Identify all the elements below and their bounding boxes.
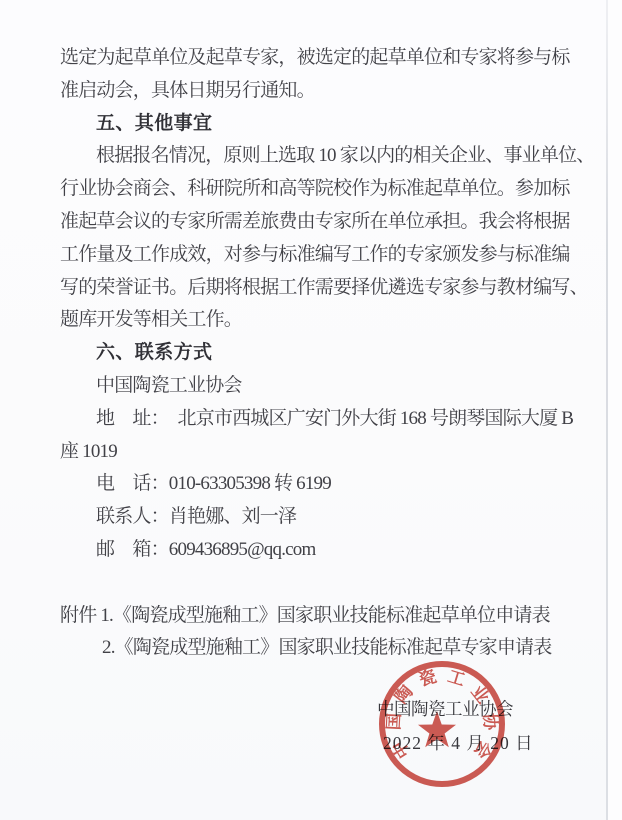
doc-line: 题库开发等相关工作。 bbox=[60, 304, 572, 337]
document-body: 选定为起草单位及起草专家，被选定的起草单位和专家将参与标 准启动会，具体日期另行… bbox=[60, 42, 572, 665]
contact-address-line: 地 址： 北京市西城区广安门外大街 168 号朗琴国际大厦 B bbox=[60, 403, 572, 436]
official-seal-stamp: 中 国 陶 瓷 工 业 协 会 bbox=[375, 657, 509, 791]
doc-line: 根据报名情况，原则上选取 10 家以内的相关企业、事业单位、 bbox=[60, 140, 572, 173]
page-scan-margin bbox=[608, 0, 622, 820]
contact-email-line: 邮 箱：609436895@qq.com bbox=[60, 534, 572, 567]
contact-person-line: 联系人：肖艳娜、刘一泽 bbox=[60, 501, 572, 534]
signature-date: 2022 年 4 月 20 日 bbox=[383, 730, 534, 755]
doc-line: 行业协会商会、科研院所和高等院校作为标准起草单位。参加标 bbox=[60, 173, 572, 206]
doc-line: 写的荣誉证书。后期将根据工作需要择优遴选专家参与教材编写、 bbox=[60, 272, 572, 305]
doc-line: 准启动会，具体日期另行通知。 bbox=[60, 75, 572, 108]
seal-arc-char: 瓷 bbox=[416, 666, 438, 690]
attachment-line: 2.《陶瓷成型施釉工》国家职业技能标准起草专家申请表 bbox=[60, 632, 572, 665]
seal-ring bbox=[382, 664, 502, 784]
doc-line: 选定为起草单位及起草专家，被选定的起草单位和专家将参与标 bbox=[60, 42, 572, 75]
signature-org: 中国陶瓷工业协会 bbox=[377, 696, 513, 721]
blank-line bbox=[60, 567, 572, 600]
attachment-line: 附件 1.《陶瓷成型施釉工》国家职业技能标准起草单位申请表 bbox=[60, 600, 572, 633]
document-page: 选定为起草单位及起草专家，被选定的起草单位和专家将参与标 准启动会，具体日期另行… bbox=[0, 0, 622, 820]
seal-arc-char: 工 bbox=[445, 667, 467, 690]
doc-line: 工作量及工作成效，对参与标准编写工作的专家颁发参与标准编 bbox=[60, 239, 572, 272]
contact-address-line: 座 1019 bbox=[60, 436, 572, 469]
section6-heading: 六、联系方式 bbox=[60, 337, 572, 370]
doc-line: 准起草会议的专家所需差旅费由专家所在单位承担。我会将根据 bbox=[60, 206, 572, 239]
contact-org-line: 中国陶瓷工业协会 bbox=[60, 370, 572, 403]
contact-phone-line: 电 话：010-63305398 转 6199 bbox=[60, 468, 572, 501]
section5-heading: 五、其他事宜 bbox=[60, 108, 572, 141]
